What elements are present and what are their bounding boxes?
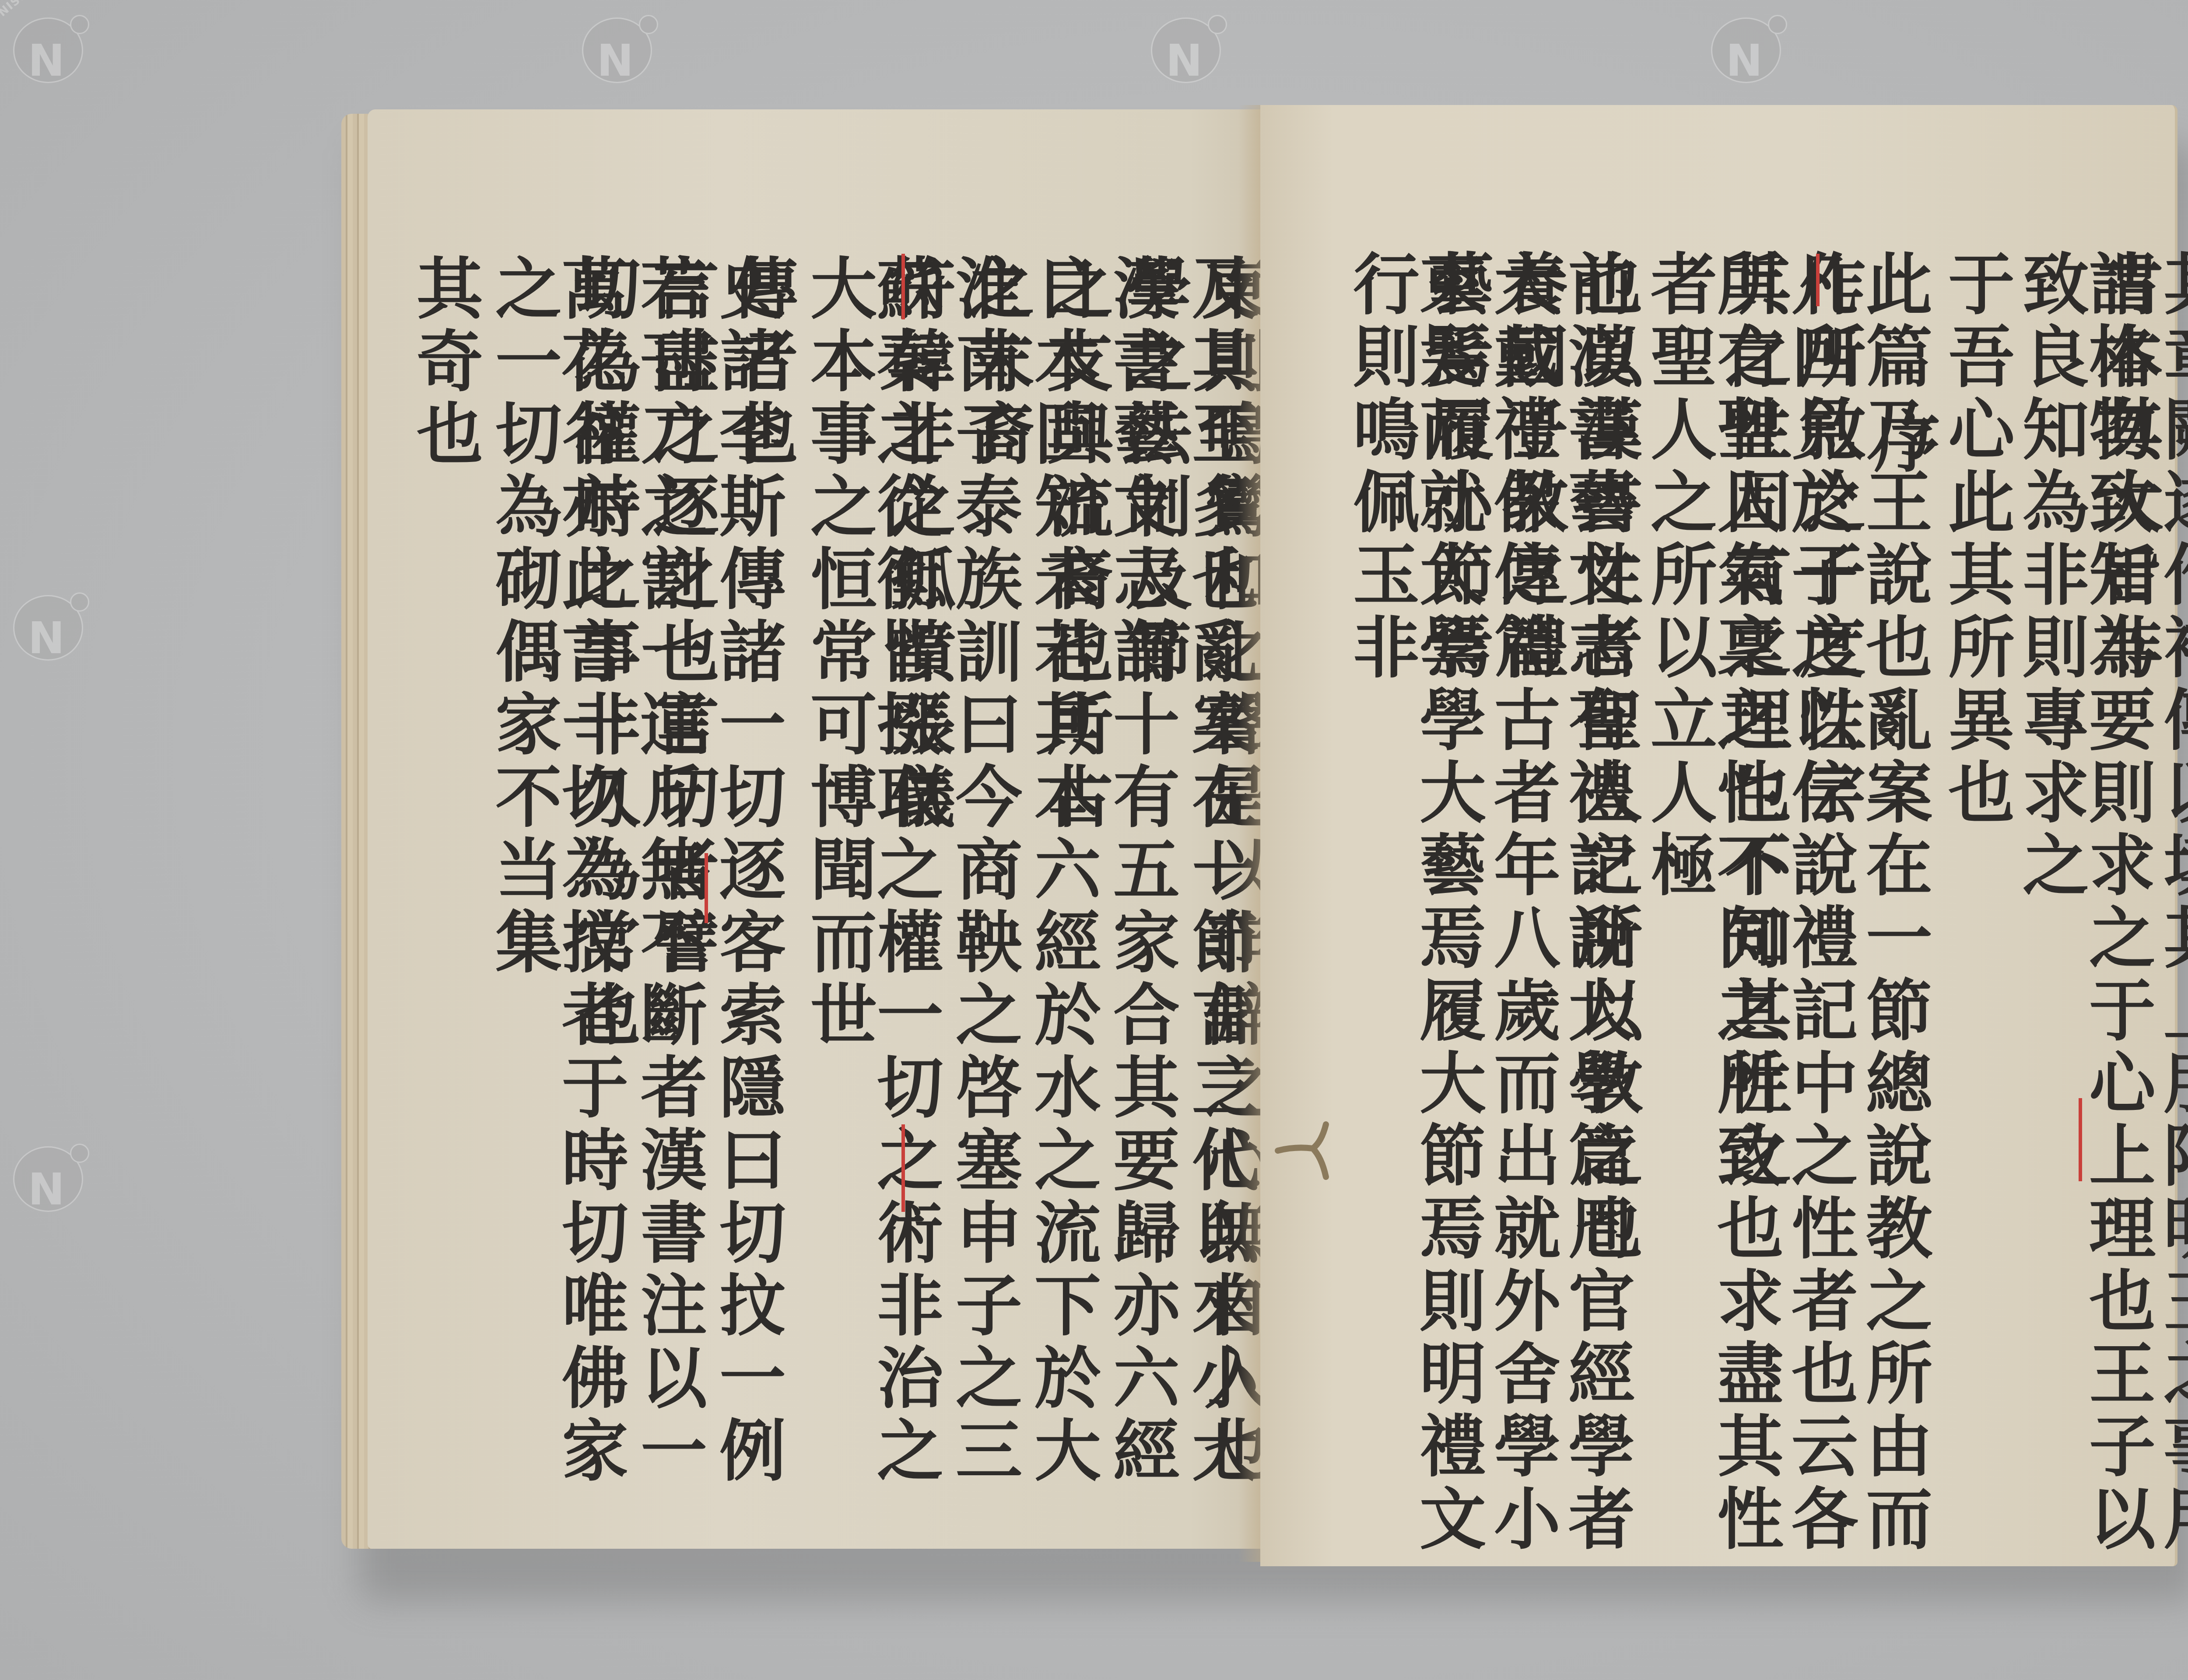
watermark-dot-icon: [1208, 15, 1227, 34]
red-annotation-line: [705, 853, 708, 923]
red-annotation-line: [1816, 254, 1820, 306]
left-page: 東則鳴鸞和之聲是以非僻之心無自入也 及其至多也亂案在一節言三代以來小大學之法制及…: [368, 109, 1260, 1549]
text-column: 于吾心此其所異也: [1943, 249, 2009, 830]
watermark-glyph: N: [28, 612, 65, 664]
watermark-dot-icon: [1768, 15, 1787, 34]
watermark-glyph: N: [28, 35, 65, 86]
text-column: 謂格物致知為要則求之于心上理也王子以致良知為非則專求之: [2017, 249, 2150, 1566]
watermark-logo: N NISHOGAKUSHA: [9, 9, 92, 92]
open-book: 東則鳴鸞和之聲是以非僻之心無自入也 及其至多也亂案在一節言三代以來小大學之法制及…: [341, 105, 2175, 1566]
red-annotation-line: [901, 254, 905, 319]
watermark-dot-icon: [70, 1144, 89, 1163]
red-annotation-line: [901, 1124, 905, 1212]
watermark-glyph: N: [1166, 35, 1203, 86]
text-column: 束髮而就大學學大藝焉履大節焉則明禮文行則鳴佩玉非: [1348, 249, 1481, 1566]
paper-damage-stain: [1273, 1116, 1357, 1181]
red-annotation-line: [2079, 1098, 2082, 1181]
watermark-dot-icon: [70, 592, 89, 612]
text-column: 其奇也: [411, 254, 478, 472]
watermark-logo: N: [1707, 9, 1790, 92]
text-column: 蘇秦之從衡皆掇取之權一切之術非治之大本事之恒常可博聞而世: [805, 254, 938, 1549]
watermark-logo: N: [1147, 9, 1230, 92]
right-page: 其章闕遂作補傳以填其上朋陌明王之事用古本其大旨非 謂格物致知為要則求之于心上理也…: [1260, 105, 2177, 1566]
watermark-glyph: N: [1726, 35, 1763, 86]
watermark-logo: N: [578, 9, 661, 92]
watermark-dot-icon: [70, 15, 89, 34]
watermark-glyph: N: [597, 35, 634, 86]
text-column: 萬花谷亦此言一切為抆者于時切唯佛家之一切為砌偶家不当集: [490, 254, 623, 1549]
watermark-logo: N: [9, 1137, 92, 1221]
watermark-logo: N: [9, 586, 92, 669]
watermark-glyph: N: [28, 1164, 65, 1215]
watermark-dot-icon: [639, 15, 658, 34]
text-column: 所有聖人氣稟之性不同之所致也求盡其性者聖人之所以立人極: [1645, 249, 1778, 1566]
